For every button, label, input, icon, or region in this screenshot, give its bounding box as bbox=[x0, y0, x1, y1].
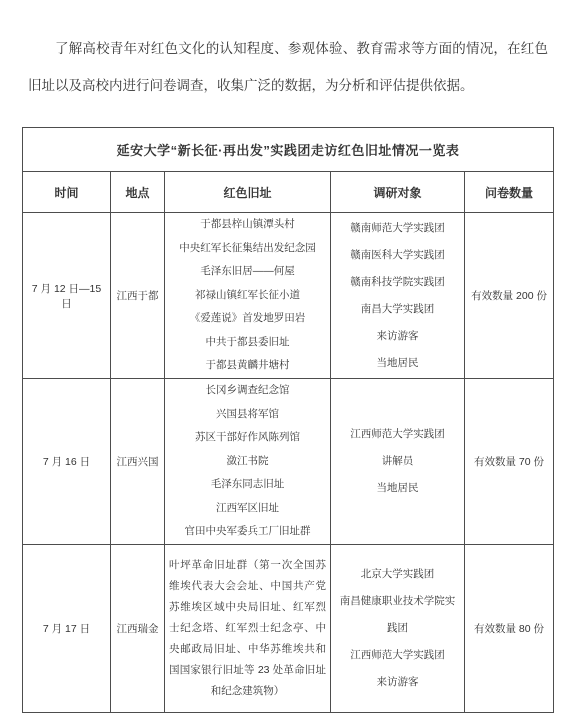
subject-line: 南昌大学实践团 bbox=[335, 296, 460, 323]
questionnaire-count-cell: 有效数量 70 份 bbox=[465, 379, 554, 545]
table-header-row: 时间 地点 红色旧址 调研对象 问卷数量 bbox=[23, 172, 554, 213]
location-cell: 江西兴国 bbox=[111, 379, 165, 545]
sites-cell: 长冈乡调查纪念馆兴国县将军馆苏区干部好作风陈列馆潋江书院毛泽东同志旧址江西军区旧… bbox=[165, 379, 331, 545]
site-line: 于都县梓山镇潭头村 bbox=[169, 213, 326, 237]
subject-line: 来访游客 bbox=[335, 323, 460, 350]
table-title-row: 延安大学“新长征·再出发”实践团走访红色旧址情况一览表 bbox=[23, 128, 554, 172]
subject-line: 当地居民 bbox=[335, 475, 460, 502]
subject-line: 来访游客 bbox=[335, 669, 460, 696]
site-line: 于都县黄麟井塘村 bbox=[169, 354, 326, 378]
site-line: 毛泽东旧居——何屋 bbox=[169, 260, 326, 284]
document-page: 了解高校青年对红色文化的认知程度、参观体验、教育需求等方面的情况，在红色旧址以及… bbox=[0, 0, 576, 725]
column-header-sites: 红色旧址 bbox=[165, 172, 331, 213]
subject-line: 北京大学实践团 bbox=[335, 561, 460, 588]
subject-line: 讲解员 bbox=[335, 448, 460, 475]
subject-line: 当地居民 bbox=[335, 350, 460, 377]
site-line: 毛泽东同志旧址 bbox=[169, 473, 326, 497]
time-cell: 7 月 12 日—15 日 bbox=[23, 213, 111, 379]
visits-table: 延安大学“新长征·再出发”实践团走访红色旧址情况一览表 时间 地点 红色旧址 调… bbox=[22, 127, 554, 713]
questionnaire-count-cell: 有效数量 200 份 bbox=[465, 213, 554, 379]
subject-line: 赣南科技学院实践团 bbox=[335, 269, 460, 296]
location-cell: 江西瑞金 bbox=[111, 545, 165, 713]
site-line: 潋江书院 bbox=[169, 450, 326, 474]
subject-line: 赣南师范大学实践团 bbox=[335, 215, 460, 242]
table-row: 7 月 17 日江西瑞金叶坪革命旧址群（第一次全国苏维埃代表大会会址、中国共产党… bbox=[23, 545, 554, 713]
column-header-subjects: 调研对象 bbox=[331, 172, 465, 213]
subjects-cell: 北京大学实践团南昌健康职业技术学院实践团江西师范大学实践团来访游客 bbox=[331, 545, 465, 713]
table-row: 7 月 16 日江西兴国长冈乡调查纪念馆兴国县将军馆苏区干部好作风陈列馆潋江书院… bbox=[23, 379, 554, 545]
questionnaire-count-cell: 有效数量 80 份 bbox=[465, 545, 554, 713]
site-line: 江西军区旧址 bbox=[169, 497, 326, 521]
site-line: 兴国县将军馆 bbox=[169, 403, 326, 427]
site-line: 中共于都县委旧址 bbox=[169, 331, 326, 355]
site-line: 《爱莲说》首发地罗田岩 bbox=[169, 307, 326, 331]
site-line: 苏区干部好作风陈列馆 bbox=[169, 426, 326, 450]
subjects-cell: 赣南师范大学实践团赣南医科大学实践团赣南科技学院实践团南昌大学实践团来访游客当地… bbox=[331, 213, 465, 379]
site-line: 长冈乡调查纪念馆 bbox=[169, 379, 326, 403]
location-cell: 江西于都 bbox=[111, 213, 165, 379]
subjects-cell: 江西师范大学实践团讲解员当地居民 bbox=[331, 379, 465, 545]
time-cell: 7 月 17 日 bbox=[23, 545, 111, 713]
subject-line: 赣南医科大学实践团 bbox=[335, 242, 460, 269]
site-line: 中央红军长征集结出发纪念园 bbox=[169, 237, 326, 261]
column-header-time: 时间 bbox=[23, 172, 111, 213]
sites-cell: 于都县梓山镇潭头村中央红军长征集结出发纪念园毛泽东旧居——何屋祁禄山镇红军长征小… bbox=[165, 213, 331, 379]
time-cell: 7 月 16 日 bbox=[23, 379, 111, 545]
table-title: 延安大学“新长征·再出发”实践团走访红色旧址情况一览表 bbox=[23, 128, 554, 172]
sites-paragraph: 叶坪革命旧址群（第一次全国苏维埃代表大会会址、中国共产党苏维埃区域中央局旧址、红… bbox=[169, 555, 326, 702]
table-body: 延安大学“新长征·再出发”实践团走访红色旧址情况一览表 时间 地点 红色旧址 调… bbox=[23, 128, 554, 713]
site-line: 祁禄山镇红军长征小道 bbox=[169, 284, 326, 308]
subject-line: 江西师范大学实践团 bbox=[335, 642, 460, 669]
column-header-questionnaires: 问卷数量 bbox=[465, 172, 554, 213]
column-header-location: 地点 bbox=[111, 172, 165, 213]
subject-line: 南昌健康职业技术学院实践团 bbox=[335, 588, 460, 642]
site-line: 官田中央军委兵工厂旧址群 bbox=[169, 520, 326, 544]
intro-paragraph: 了解高校青年对红色文化的认知程度、参观体验、教育需求等方面的情况，在红色旧址以及… bbox=[28, 30, 548, 104]
sites-cell: 叶坪革命旧址群（第一次全国苏维埃代表大会会址、中国共产党苏维埃区域中央局旧址、红… bbox=[165, 545, 331, 713]
table-row: 7 月 12 日—15 日江西于都于都县梓山镇潭头村中央红军长征集结出发纪念园毛… bbox=[23, 213, 554, 379]
subject-line: 江西师范大学实践团 bbox=[335, 421, 460, 448]
